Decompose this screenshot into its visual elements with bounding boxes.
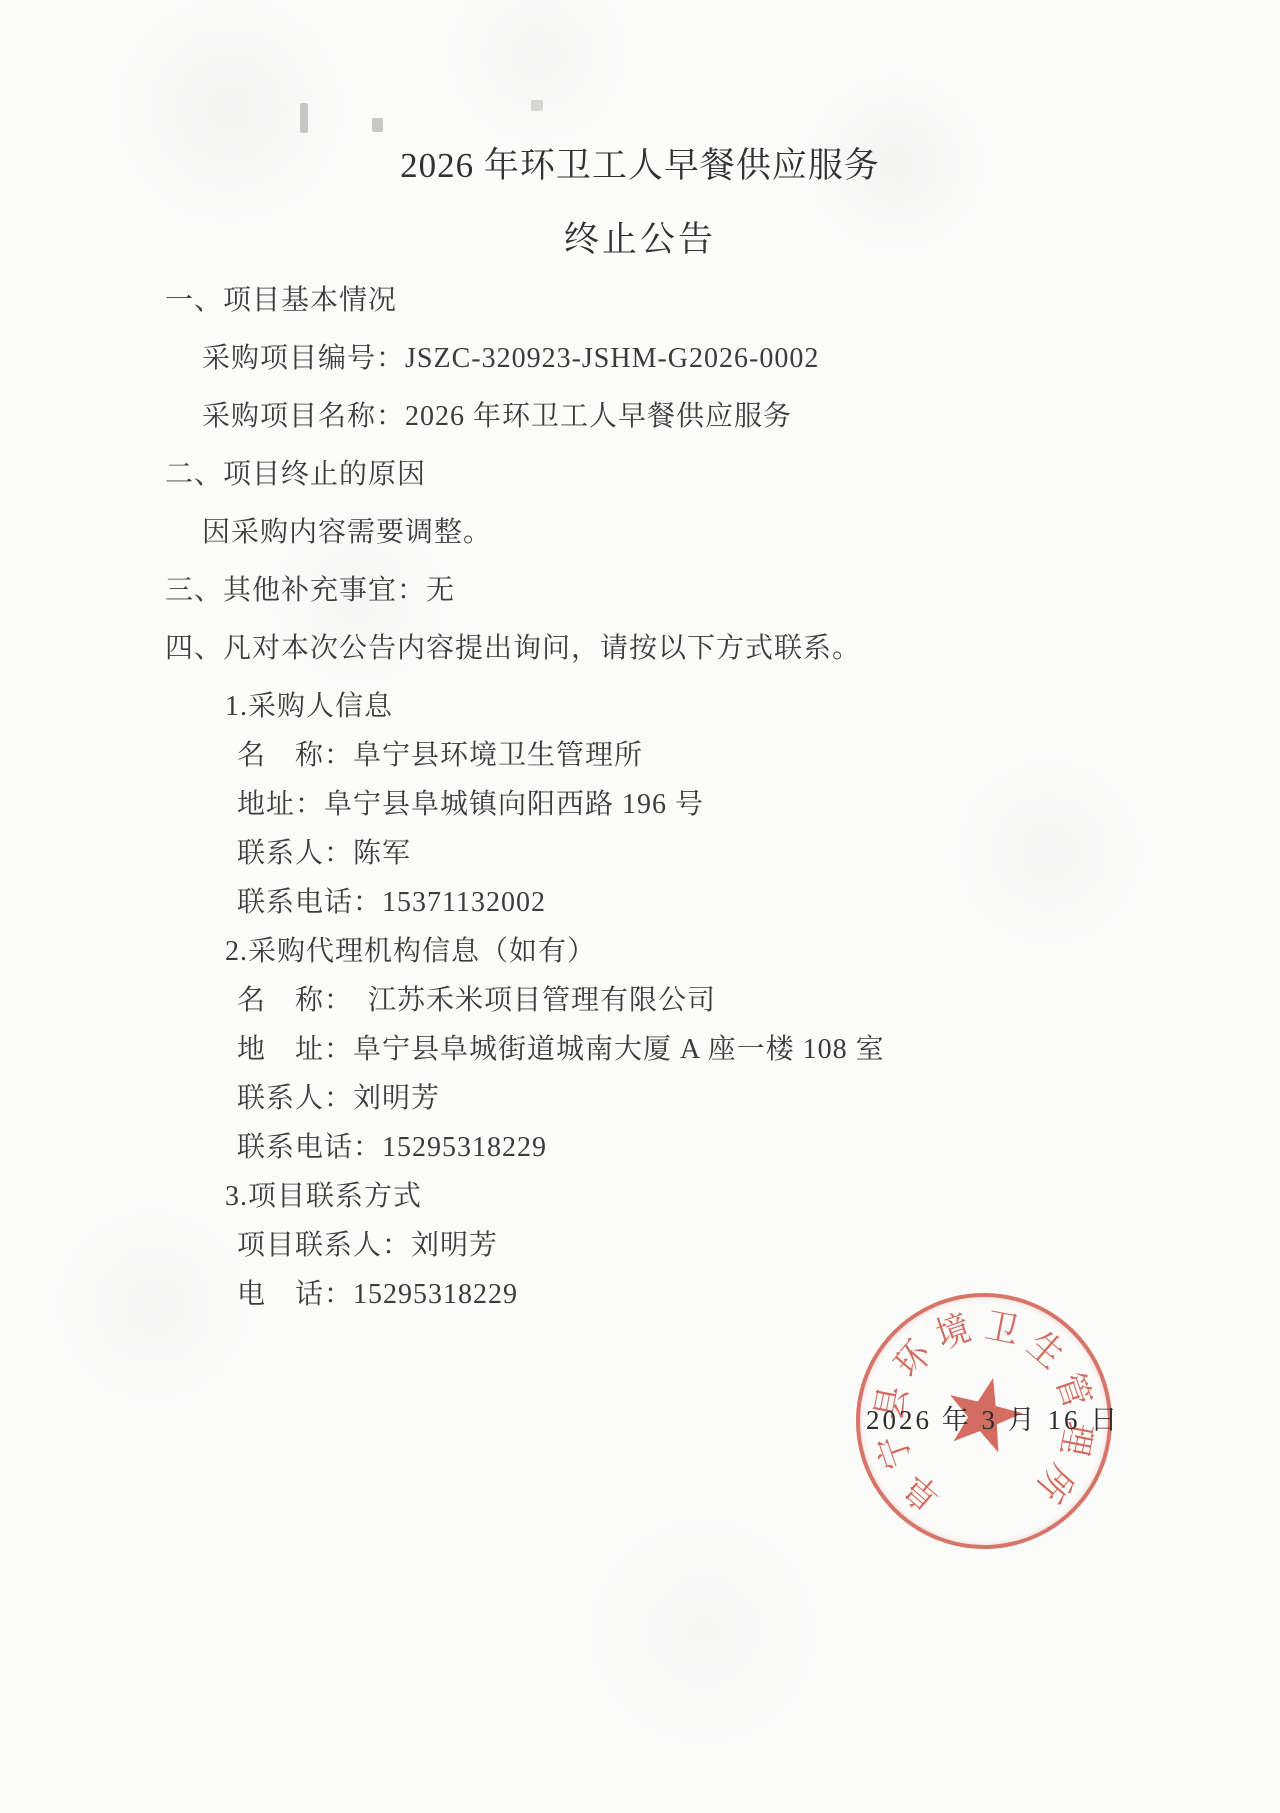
scanned-document-page: 2026 年环卫工人早餐供应服务 终止公告 一、项目基本情况 采购项目编号：JS… <box>0 0 1280 1813</box>
termination-reason-line: 因采购内容需要调整。 <box>202 518 1125 548</box>
document-body: 一、项目基本情况 采购项目编号：JSZC-320923-JSHM-G2026-0… <box>165 286 1125 1329</box>
section2-heading: 二、项目终止的原因 <box>165 460 1125 490</box>
purchaser-phone-line: 联系电话：15371132002 <box>237 888 1125 918</box>
agency-name-line: 名 称： 江苏禾米项目管理有限公司 <box>237 986 1125 1016</box>
project-name-line: 采购项目名称：2026 年环卫工人早餐供应服务 <box>202 402 1125 432</box>
scan-artifact <box>372 118 383 132</box>
stamp-arc-char: 所 <box>1027 1455 1081 1509</box>
project-contact-line: 项目联系人：刘明芳 <box>237 1231 1125 1261</box>
purchaser-name-line: 名 称：阜宁县环境卫生管理所 <box>237 741 1125 771</box>
agency-info-heading: 2.采购代理机构信息（如有） <box>225 937 1125 967</box>
agency-address-line: 地 址：阜宁县阜城街道城南大厦 A 座一楼 108 室 <box>237 1035 1125 1065</box>
scan-artifact <box>300 103 308 133</box>
stamp-arc-char: 卫 <box>980 1306 1023 1352</box>
stamp-arc-char: 阜 <box>896 1464 950 1518</box>
document-date: 2026 年 3 月 16 日 <box>866 1398 1120 1437</box>
section3-heading: 三、其他补充事宜：无 <box>165 576 1125 606</box>
stamp-arc-char: 生 <box>1018 1324 1072 1378</box>
section4-heading: 四、凡对本次公告内容提出询问，请按以下方式联系。 <box>165 634 1125 664</box>
page-title: 2026 年环卫工人早餐供应服务 <box>0 138 1280 188</box>
purchaser-address-line: 地址：阜宁县阜城镇向阳西路 196 号 <box>237 790 1125 820</box>
section1-heading: 一、项目基本情况 <box>165 286 1125 316</box>
agency-phone-line: 联系电话：15295318229 <box>237 1133 1125 1163</box>
agency-contact-line: 联系人：刘明芳 <box>237 1084 1125 1114</box>
stamp-arc-char: 境 <box>930 1308 977 1358</box>
scan-artifact <box>531 100 543 111</box>
page-subtitle: 终止公告 <box>0 212 1280 262</box>
purchaser-info-heading: 1.采购人信息 <box>225 692 1125 722</box>
project-number-line: 采购项目编号：JSZC-320923-JSHM-G2026-0002 <box>202 344 1125 374</box>
project-contact-heading: 3.项目联系方式 <box>225 1182 1125 1212</box>
stamp-arc-char: 环 <box>887 1333 941 1387</box>
purchaser-contact-line: 联系人：陈军 <box>237 839 1125 869</box>
